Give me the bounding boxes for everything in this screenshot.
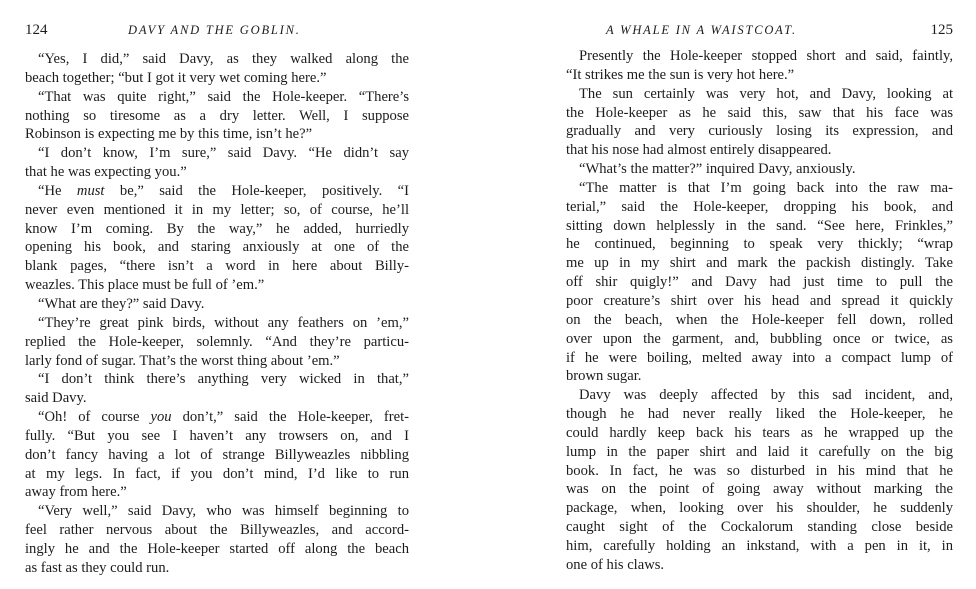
text-line: on the beach, when the Hole-keeper fell … [566, 311, 953, 330]
page-body: Presently the Hole-keeper stopped short … [566, 47, 953, 575]
text-line: book. In fact, he was so disturbed in hi… [566, 462, 953, 481]
running-head-title: A WHALE IN A WAISTCOAT. [606, 21, 797, 39]
text-line: “Oh! of course you don’t,” said the Hole… [25, 408, 409, 427]
text-line: opening his book, and staring anxiously … [25, 238, 409, 257]
left-page: 124 DAVY AND THE GOBLIN. “Yes, I did,” s… [25, 0, 409, 589]
text-line: that he was expecting you.” [25, 163, 409, 182]
text-line: fully. “But you see I haven’t any trowse… [25, 427, 409, 446]
text-line: know I’m coming. By the way,” he added, … [25, 220, 409, 239]
text-line: one of his claws. [566, 556, 953, 575]
text-line: package, when, looking over his shoulder… [566, 499, 953, 518]
text-line: “That was quite right,” said the Hole-ke… [25, 88, 409, 107]
text-line: me up in my shirt and mark the packish d… [566, 254, 953, 273]
text-line: at my legs. In fact, if you don’t mind, … [25, 465, 409, 484]
page-body: “Yes, I did,” said Davy, as they walked … [25, 50, 409, 578]
text-line: blank pages, “there isn’t a word in here… [25, 257, 409, 276]
text-line: could hardly keep back his tears as he w… [566, 424, 953, 443]
text-line: “I don’t know, I’m sure,” said Davy. “He… [25, 144, 409, 163]
right-page: A WHALE IN A WAISTCOAT. 125 Presently th… [566, 0, 953, 589]
text-line: over upon the garment, and, bubbling onc… [566, 330, 953, 349]
text-line: the Hole-keeper as he said this, saw tha… [566, 104, 953, 123]
text-line: Presently the Hole-keeper stopped short … [566, 47, 953, 66]
text-line: don’t fancy having a lot of strange Bill… [25, 446, 409, 465]
text-line: said Davy. [25, 389, 409, 408]
running-head-left: 124 DAVY AND THE GOBLIN. [25, 21, 409, 39]
text-line: terial,” said the Hole-keeper, dropping … [566, 198, 953, 217]
text-line: “What’s the matter?” inquired Davy, anxi… [566, 160, 953, 179]
text-line: replied the Hole-keeper, solemnly. “And … [25, 333, 409, 352]
text-line: that his nose had almost entirely disapp… [566, 141, 953, 160]
text-line: ingly he and the Hole-keeper started off… [25, 540, 409, 559]
text-line: nothing so tiresome as a dry letter. Wel… [25, 107, 409, 126]
text-line: if he were boiling, melted away into a c… [566, 349, 953, 368]
text-line: gradually and very curiously losing its … [566, 122, 953, 141]
text-line: off shir quigly!” and Davy had just time… [566, 273, 953, 292]
text-line: larly fond of sugar. That’s the worst th… [25, 352, 409, 371]
text-line: “I don’t think there’s anything very wic… [25, 370, 409, 389]
page-number: 125 [931, 21, 954, 39]
text-line: Robinson is expecting me by this time, i… [25, 125, 409, 144]
text-line: lump in the paper shirt and laid it care… [566, 443, 953, 462]
text-line: The sun certainly was very hot, and Davy… [566, 85, 953, 104]
text-line: beach together; “but I got it very wet c… [25, 69, 409, 88]
text-line: sitting down helplessly in the sand. “Se… [566, 217, 953, 236]
page-number: 124 [25, 21, 48, 39]
emphasis: you [151, 409, 172, 425]
text-line: him, carefully holding an inkstand, with… [566, 537, 953, 556]
text-line: feel rather nervous about the Billyweazl… [25, 521, 409, 540]
running-head-right: A WHALE IN A WAISTCOAT. 125 [566, 21, 953, 39]
text-line: “It strikes me the sun is very hot here.… [566, 66, 953, 85]
emphasis: must [77, 183, 105, 199]
text-line: “The matter is that I’m going back into … [566, 179, 953, 198]
text-line: Davy was deeply affected by this sad inc… [566, 386, 953, 405]
text-line: poor creature’s shirt over his head and … [566, 292, 953, 311]
text-line: away from here.” [25, 483, 409, 502]
text-line: “What are they?” said Davy. [25, 295, 409, 314]
text-line: as fast as they could run. [25, 559, 409, 578]
text-line: was on the point of going away without m… [566, 480, 953, 499]
text-line: he continued, beginning to speak very th… [566, 235, 953, 254]
text-line: “They’re great pink birds, without any f… [25, 314, 409, 333]
text-line: brown sugar. [566, 367, 953, 386]
text-line: “He must be,” said the Hole-keeper, posi… [25, 182, 409, 201]
text-line: “Yes, I did,” said Davy, as they walked … [25, 50, 409, 69]
text-line: weazles. This place must be full of ’em.… [25, 276, 409, 295]
text-line: “Very well,” said Davy, who was himself … [25, 502, 409, 521]
text-line: though he had never really liked the Hol… [566, 405, 953, 424]
running-head-title: DAVY AND THE GOBLIN. [128, 21, 301, 39]
text-line: never even mentioned it in my letter; so… [25, 201, 409, 220]
text-line: caught sight of the Cockalorum standing … [566, 518, 953, 537]
